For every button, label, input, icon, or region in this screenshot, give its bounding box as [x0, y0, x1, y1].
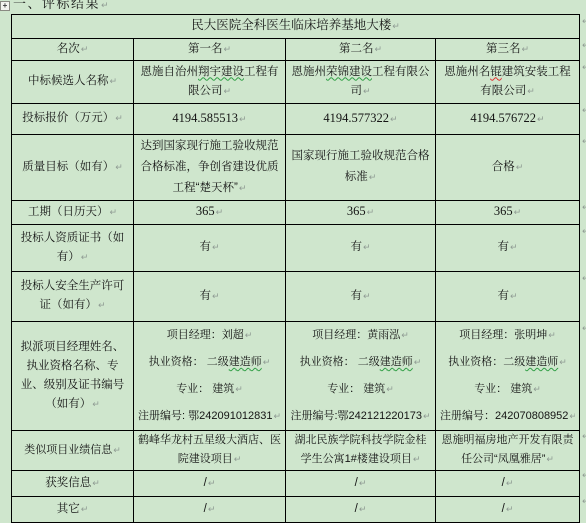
manager-qualification: 执业资格：二级建造师: [448, 356, 567, 368]
performance-third: 恩施明福房地产开发有限责任公司“凤凰雅居”: [442, 434, 574, 465]
quality-first: 达到国家现行施工验收规范合格标准，争创省建设优质工程“楚天杯”: [141, 140, 279, 194]
quality-third-cell[interactable]: 合格: [436, 135, 580, 201]
header-third-cell[interactable]: 第三名: [436, 39, 580, 61]
candidate-third: 恩施州名锟建筑安装工程有限公司: [444, 66, 571, 97]
other-first-cell[interactable]: /: [134, 497, 286, 523]
row-end-mark: [581, 470, 586, 481]
table-row: 投标人安全生产许可证（如有） 有 有 有: [12, 272, 580, 322]
quality-third: 合格: [492, 161, 524, 173]
cert-third: 有: [497, 241, 517, 253]
cert-second-cell[interactable]: 有: [286, 225, 436, 272]
header-second-cell[interactable]: 第二名: [286, 39, 436, 61]
awards-first: /: [204, 477, 216, 489]
manager-name: 项目经理：黄雨泓: [312, 329, 409, 341]
table-row: 投标人资质证书（如有） 有 有 有: [12, 225, 580, 272]
table-row: 中标候选人名称 恩施自治州翔宇建设工程有限公司 恩施州荣锦建设工程有限公司 恩施…: [12, 61, 580, 104]
awards-label-cell[interactable]: 获奖信息: [12, 471, 134, 497]
duration-third-cell[interactable]: 365: [436, 201, 580, 225]
safety-third: 有: [497, 290, 517, 302]
cert-third-cell[interactable]: 有: [436, 225, 580, 272]
duration-third: 365: [494, 204, 521, 218]
move-icon: +: [3, 2, 8, 10]
performance-second-cell[interactable]: 湖北民族学院科技学院金桂学生公寓1#楼建设项目: [286, 431, 436, 471]
duration-first-cell[interactable]: 365: [134, 201, 286, 225]
manager-major: 专业： 建筑: [176, 383, 243, 395]
manager-second-cell[interactable]: 项目经理：黄雨泓 执业资格： 二级建造师 专业： 建筑 注册编号:鄂242121…: [286, 322, 436, 431]
row-end-mark: [581, 136, 586, 147]
row-label: 拟派项目经理姓名、执业资格名称、专业、级别及证书编号（如有）: [21, 341, 125, 410]
row-end-mark: [581, 202, 586, 213]
table-move-handle[interactable]: +: [0, 1, 10, 11]
row-label: 类似项目业绩信息: [24, 444, 121, 456]
quality-second-cell[interactable]: 国家现行施工验收规范合格标准: [286, 135, 436, 201]
candidate-first-cell[interactable]: 恩施自治州翔宇建设工程有限公司: [134, 61, 286, 104]
row-end-mark: [581, 62, 586, 73]
safety-second-cell[interactable]: 有: [286, 272, 436, 322]
header-third: 第三名: [486, 43, 529, 55]
project-title: 民大医院全科医生临床培养基地大楼: [191, 18, 400, 32]
quality-label-cell[interactable]: 质量目标（如有）: [12, 135, 134, 201]
awards-third-cell[interactable]: /: [436, 471, 580, 497]
row-label: 投标人安全生产许可证（如有）: [21, 280, 125, 311]
price-first: 4194.585513: [172, 111, 246, 125]
performance-label-cell[interactable]: 类似项目业绩信息: [12, 431, 134, 471]
performance-first: 鹤峰华龙村五星级大酒店、医院建设项目: [138, 434, 281, 465]
row-end-mark: [581, 273, 586, 284]
candidate-second-cell[interactable]: 恩施州荣锦建设工程有限公司: [286, 61, 436, 104]
manager-third-cell[interactable]: 项目经理：张明坤 执业资格：二级建造师 专业： 建筑 注册编号：24207080…: [436, 322, 580, 431]
price-first-cell[interactable]: 4194.585513: [134, 104, 286, 135]
duration-second: 365: [347, 204, 374, 218]
price-third: 4194.576722: [470, 111, 544, 125]
table-row: 名次 第一名 第二名 第三名: [12, 39, 580, 61]
row-end-mark: [581, 40, 586, 51]
project-title-cell[interactable]: 民大医院全科医生临床培养基地大楼: [12, 15, 580, 39]
awards-first-cell[interactable]: /: [134, 471, 286, 497]
header-second: 第二名: [339, 43, 382, 55]
cert-second: 有: [350, 241, 370, 253]
manager-first-cell[interactable]: 项目经理：刘超 执业资格： 二级建造师 专业： 建筑 注册编号: 鄂242091…: [134, 322, 286, 431]
awards-third: /: [502, 477, 514, 489]
candidate-label-cell[interactable]: 中标候选人名称: [12, 61, 134, 104]
row-end-mark: [581, 226, 586, 237]
table-row: 获奖信息 / / /: [12, 471, 580, 497]
other-second: /: [355, 503, 367, 515]
manager-qualification: 执业资格： 二级建造师: [149, 356, 271, 368]
manager-qualification: 执业资格： 二级建造师: [300, 356, 422, 368]
price-second-cell[interactable]: 4194.577322: [286, 104, 436, 135]
row-label: 其它: [57, 503, 89, 515]
other-third: /: [502, 503, 514, 515]
row-end-mark: [581, 431, 586, 442]
table-row: 其它 / / /: [12, 497, 580, 523]
performance-third-cell[interactable]: 恩施明福房地产开发有限责任公司“凤凰雅居”: [436, 431, 580, 471]
price-label-cell[interactable]: 投标报价（万元）: [12, 104, 134, 135]
quality-second: 国家现行施工验收规范合格标准: [292, 150, 430, 183]
row-label: 投标报价（万元）: [22, 112, 123, 124]
table-row: 质量目标（如有） 达到国家现行施工验收规范合格标准，争创省建设优质工程“楚天杯”…: [12, 135, 580, 201]
candidate-second: 恩施州荣锦建设工程有限公司: [292, 66, 430, 97]
cert-first: 有: [199, 241, 219, 253]
header-rank-cell[interactable]: 名次: [12, 39, 134, 61]
other-third-cell[interactable]: /: [436, 497, 580, 523]
manager-reg-number: 注册编号：242070808952: [440, 410, 575, 422]
candidate-first: 恩施自治州翔宇建设工程有限公司: [141, 66, 279, 97]
candidate-third-cell[interactable]: 恩施州名锟建筑安装工程有限公司: [436, 61, 580, 104]
other-first: /: [204, 503, 216, 515]
safety-first: 有: [199, 290, 219, 302]
row-end-mark: [581, 323, 586, 334]
manager-label-cell[interactable]: 拟派项目经理姓名、执业资格名称、专业、级别及证书编号（如有）: [12, 322, 134, 431]
row-label: 工期（日历天）: [28, 206, 117, 218]
duration-first: 365: [196, 204, 223, 218]
manager-name: 项目经理：张明坤: [459, 329, 556, 341]
row-end-mark: [581, 16, 586, 27]
table-row: 拟派项目经理姓名、执业资格名称、专业、级别及证书编号（如有） 项目经理：刘超 执…: [12, 322, 580, 431]
document-canvas: + 一、评标结果 民大医院全科医生临床培养基地大楼 名次 第一名 第二名 第三名…: [0, 0, 586, 523]
cert-first-cell[interactable]: 有: [134, 225, 286, 272]
header-first-cell[interactable]: 第一名: [134, 39, 286, 61]
safety-label-cell[interactable]: 投标人安全生产许可证（如有）: [12, 272, 134, 322]
row-end-mark: [581, 105, 586, 116]
manager-reg-number: 注册编号: 鄂242091012831: [138, 410, 281, 422]
safety-first-cell[interactable]: 有: [134, 272, 286, 322]
other-label-cell[interactable]: 其它: [12, 497, 134, 523]
price-second: 4194.577322: [323, 111, 397, 125]
awards-second-cell[interactable]: /: [286, 471, 436, 497]
header-first: 第一名: [188, 43, 231, 55]
safety-second: 有: [350, 290, 370, 302]
row-label: 中标候选人名称: [28, 75, 117, 87]
other-second-cell[interactable]: /: [286, 497, 436, 523]
quality-first-cell[interactable]: 达到国家现行施工验收规范合格标准，争创省建设优质工程“楚天杯”: [134, 135, 286, 201]
table-row: 工期（日历天） 365 365 365: [12, 201, 580, 225]
cert-label-cell[interactable]: 投标人资质证书（如有）: [12, 225, 134, 272]
duration-label-cell[interactable]: 工期（日历天）: [12, 201, 134, 225]
row-label: 获奖信息: [45, 477, 100, 489]
table-row: 类似项目业绩信息 鹤峰华龙村五星级大酒店、医院建设项目 湖北民族学院科技学院金桂…: [12, 431, 580, 471]
manager-name: 项目经理：刘超: [167, 329, 253, 341]
manager-major: 专业： 建筑: [327, 383, 394, 395]
performance-second: 湖北民族学院科技学院金桂学生公寓1#楼建设项目: [295, 434, 427, 465]
section-heading: 一、评标结果: [13, 0, 110, 12]
safety-third-cell[interactable]: 有: [436, 272, 580, 322]
row-end-mark: [581, 496, 586, 507]
performance-first-cell[interactable]: 鹤峰华龙村五星级大酒店、医院建设项目: [134, 431, 286, 471]
manager-reg-number: 注册编号:鄂242121220173: [290, 410, 430, 422]
manager-major: 专业： 建筑: [474, 383, 541, 395]
row-label: 质量目标（如有）: [22, 161, 123, 173]
table-row: 投标报价（万元） 4194.585513 4194.577322 4194.57…: [12, 104, 580, 135]
bid-results-table: 民大医院全科医生临床培养基地大楼 名次 第一名 第二名 第三名 中标候选人名称 …: [11, 14, 580, 523]
row-label: 投标人资质证书（如有）: [21, 232, 125, 263]
awards-second: /: [355, 477, 367, 489]
price-third-cell[interactable]: 4194.576722: [436, 104, 580, 135]
table-row: 民大医院全科医生临床培养基地大楼: [12, 15, 580, 39]
header-rank: 名次: [57, 43, 89, 55]
duration-second-cell[interactable]: 365: [286, 201, 436, 225]
